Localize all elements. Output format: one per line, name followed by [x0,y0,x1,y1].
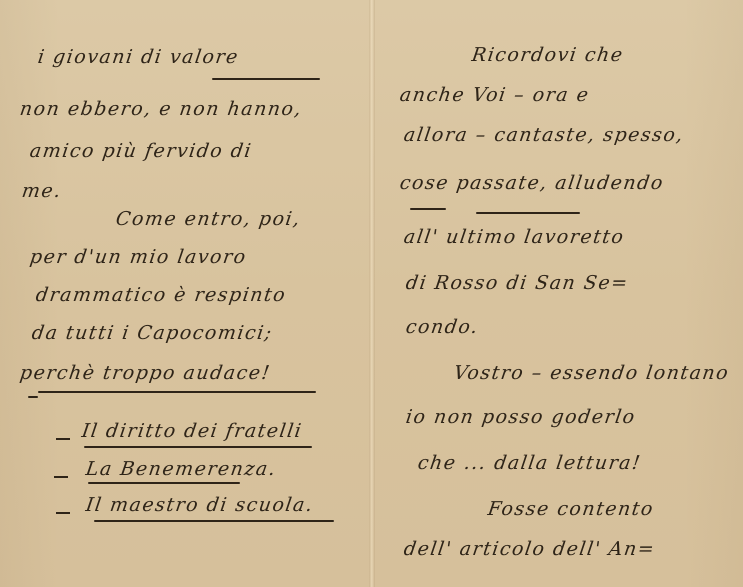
handwritten-line: i giovani di valore [36,46,240,68]
handwritten-line: all' ultimo lavoretto [402,226,625,248]
list-dash [54,476,68,478]
right-page: Ricordovi che anche Voi – ora e allora –… [372,0,743,587]
underline [88,482,240,484]
handwritten-line: non ebbero, e non hanno, [18,98,303,120]
handwritten-line: che ... dalla lettura! [416,452,642,474]
handwritten-line: per d'un mio lavoro [28,246,248,268]
letter-scan: i giovani di valore non ebbero, e non ha… [0,0,743,587]
underline [212,78,320,80]
underline [84,446,312,448]
handwritten-line: Vostro – essendo lontano [452,362,730,384]
handwritten-line: cose passate, alludendo [398,172,665,194]
handwritten-line: da tutti i Capocomici; [30,322,274,344]
list-item-title: La Benemerenza. [84,458,277,480]
left-page: i giovani di valore non ebbero, e non ha… [0,0,372,587]
list-item-title: Il diritto dei fratelli [80,420,303,442]
handwritten-line: me. [20,180,63,202]
underline [38,391,316,393]
handwritten-line: Ricordovi che [470,44,625,66]
handwritten-line: io non posso goderlo [404,406,637,428]
list-item-title: Il maestro di scuola. [84,494,315,516]
handwritten-line: Come entro, poi, [114,208,302,230]
handwritten-line: drammatico è respinto [34,284,287,306]
list-dash [56,438,70,440]
handwritten-line: di Rosso di San Se= [404,272,630,294]
handwritten-line: anche Voi – ora e [398,84,591,106]
handwritten-line: amico più fervido di [28,140,253,162]
underline [94,520,334,522]
underline [28,396,38,398]
list-dash [56,512,70,514]
underline [476,212,580,214]
handwritten-line: allora – cantaste, spesso, [402,124,685,146]
handwritten-line: condo. [404,316,480,338]
handwritten-line: dell' articolo dell' An= [402,538,656,560]
handwritten-line: Fosse contento [486,498,655,520]
underline [410,208,446,210]
handwritten-line: perchè troppo audace! [18,362,272,384]
